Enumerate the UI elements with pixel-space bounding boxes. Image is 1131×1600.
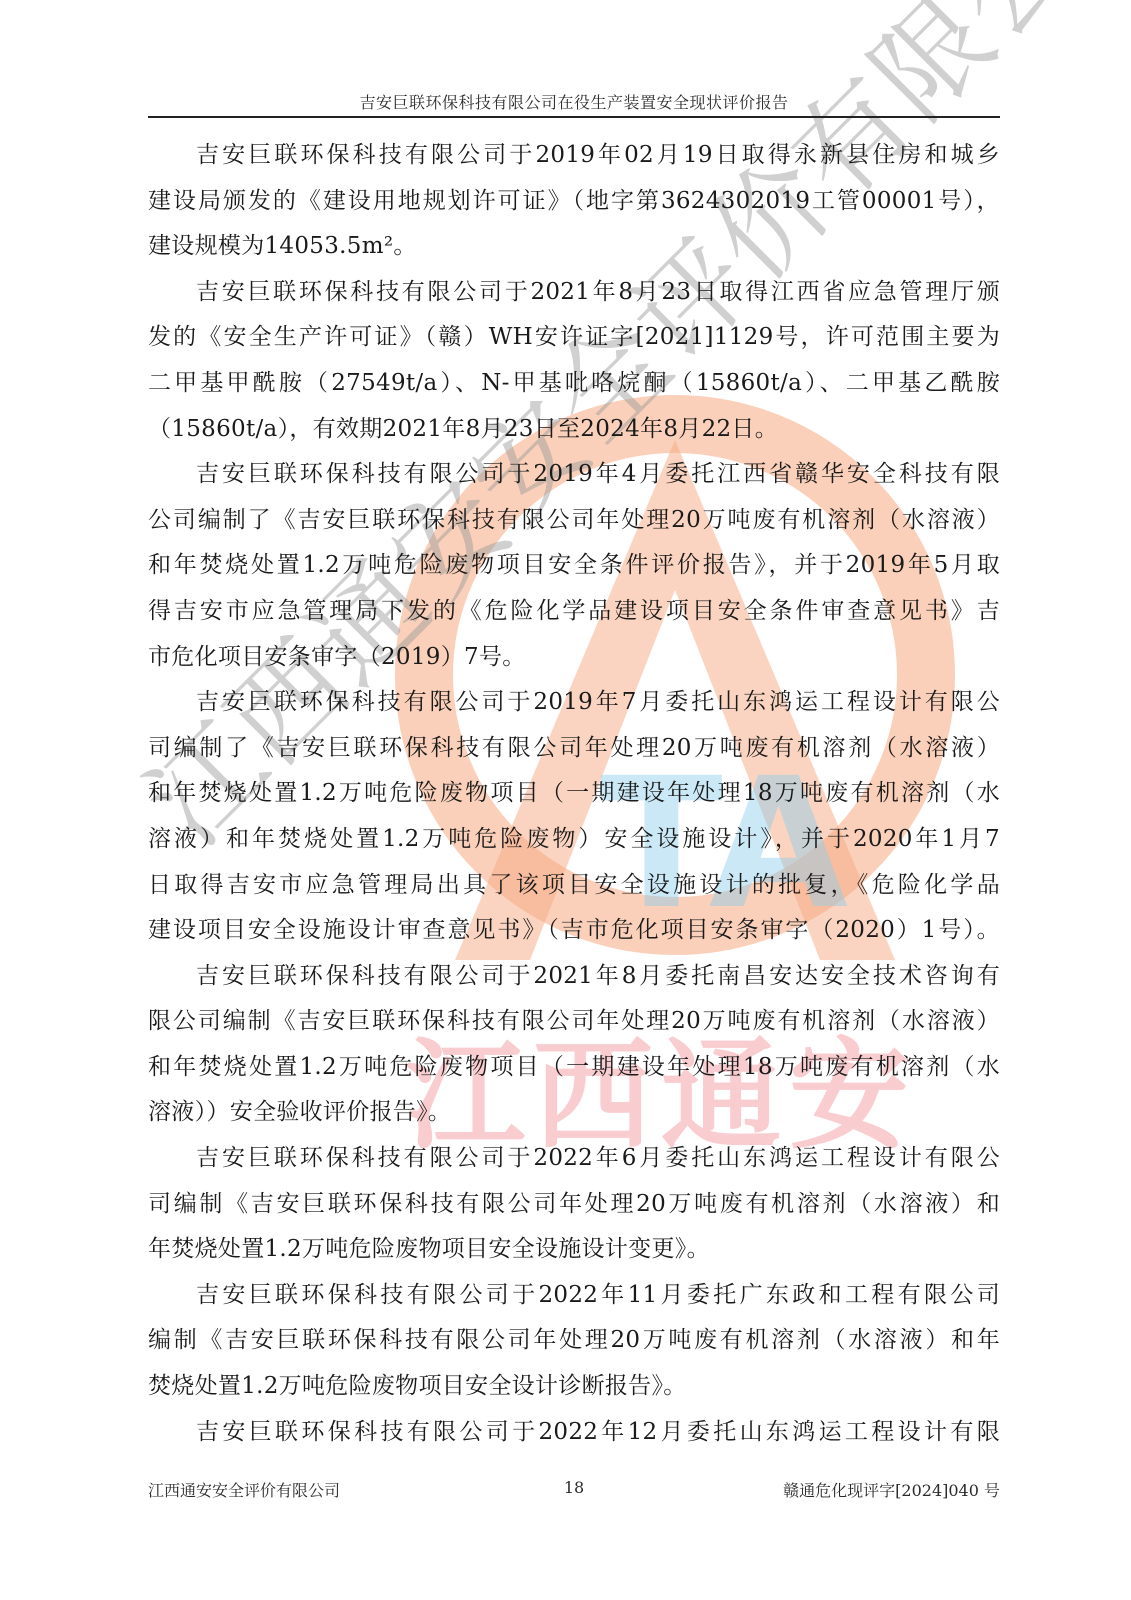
text-line: 建设项目安全设施设计审查意见书》（吉市危化项目安条审字（2020）1号）。 (148, 908, 1000, 954)
text-line: 溶液）和年焚烧处置1.2万吨危险废物）安全设施设计》，并于2020年1月7 (148, 817, 1000, 863)
text-line: 吉安巨联环保科技有限公司于2022年11月委托广东政和工程有限公司 (148, 1273, 1000, 1319)
text-line: 建设规模为14053.5m²。 (148, 224, 1000, 270)
text-line: 得吉安市应急管理局下发的《危险化学品建设项目安全条件审查意见书》吉 (148, 589, 1000, 635)
text-line: 日取得吉安市应急管理局出具了该项目安全设施设计的批复，《危险化学品 (148, 863, 1000, 909)
page-footer: 江西通安安全评价有限公司 18 赣通危化现评字[2024]040 号 (148, 1478, 1000, 1502)
text-line: 和年焚烧处置1.2万吨危险废物项目安全条件评价报告》，并于2019年5月取 (148, 543, 1000, 589)
page: 吉安巨联环保科技有限公司在役生产装置安全现状评价报告 吉安巨联环保科技有限公司于… (0, 0, 1131, 1600)
text-line: 二甲基甲酰胺（27549t/a）、N-甲基吡咯烷酮（15860t/a）、二甲基乙… (148, 361, 1000, 407)
document-body: 吉安巨联环保科技有限公司于2019年02月19日取得永新县住房和城乡建设局颁发的… (148, 133, 1000, 1455)
text-line: 发的《安全生产许可证》（赣）WH安许证字[2021]1129号，许可范围主要为 (148, 315, 1000, 361)
text-line: 建设局颁发的《建设用地规划许可证》（地字第3624302019工管00001号）… (148, 179, 1000, 225)
header-divider (148, 116, 1000, 118)
text-line: 吉安巨联环保科技有限公司于2019年02月19日取得永新县住房和城乡 (148, 133, 1000, 179)
text-line: 和年焚烧处置1.2万吨危险废物项目（一期建设年处理18万吨废有机溶剂（水 (148, 1045, 1000, 1091)
text-line: 市危化项目安条审字（2019）7号。 (148, 635, 1000, 681)
text-line: 吉安巨联环保科技有限公司于2019年7月委托山东鸿运工程设计有限公 (148, 680, 1000, 726)
text-line: 吉安巨联环保科技有限公司于2022年12月委托山东鸿运工程设计有限 (148, 1410, 1000, 1456)
text-line: 公司编制了《吉安巨联环保科技有限公司年处理20万吨废有机溶剂（水溶液） (148, 498, 1000, 544)
text-line: 焚烧处置1.2万吨危险废物项目安全设计诊断报告》。 (148, 1364, 1000, 1410)
footer-doc-number: 赣通危化现评字[2024]040 号 (783, 1478, 1000, 1501)
text-line: 吉安巨联环保科技有限公司于2021年8月委托南昌安达安全技术咨询有 (148, 954, 1000, 1000)
text-line: 吉安巨联环保科技有限公司于2022年6月委托山东鸿运工程设计有限公 (148, 1136, 1000, 1182)
text-line: 和年焚烧处置1.2万吨危险废物项目（一期建设年处理18万吨废有机溶剂（水 (148, 771, 1000, 817)
text-line: 编制《吉安巨联环保科技有限公司年处理20万吨废有机溶剂（水溶液）和年 (148, 1318, 1000, 1364)
text-line: 司编制《吉安巨联环保科技有限公司年处理20万吨废有机溶剂（水溶液）和 (148, 1182, 1000, 1228)
text-line: 司编制了《吉安巨联环保科技有限公司年处理20万吨废有机溶剂（水溶液） (148, 726, 1000, 772)
text-line: 溶液））安全验收评价报告》。 (148, 1090, 1000, 1136)
text-line: （15860t/a），有效期2021年8月23日至2024年8月22日。 (148, 407, 1000, 453)
text-line: 吉安巨联环保科技有限公司于2019年4月委托江西省赣华安全科技有限 (148, 452, 1000, 498)
text-line: 年焚烧处置1.2万吨危险废物项目安全设施设计变更》。 (148, 1227, 1000, 1273)
text-line: 吉安巨联环保科技有限公司于2021年8月23日取得江西省应急管理厅颁 (148, 270, 1000, 316)
text-line: 限公司编制《吉安巨联环保科技有限公司年处理20万吨废有机溶剂（水溶液） (148, 999, 1000, 1045)
page-header-title: 吉安巨联环保科技有限公司在役生产装置安全现状评价报告 (148, 90, 1000, 113)
